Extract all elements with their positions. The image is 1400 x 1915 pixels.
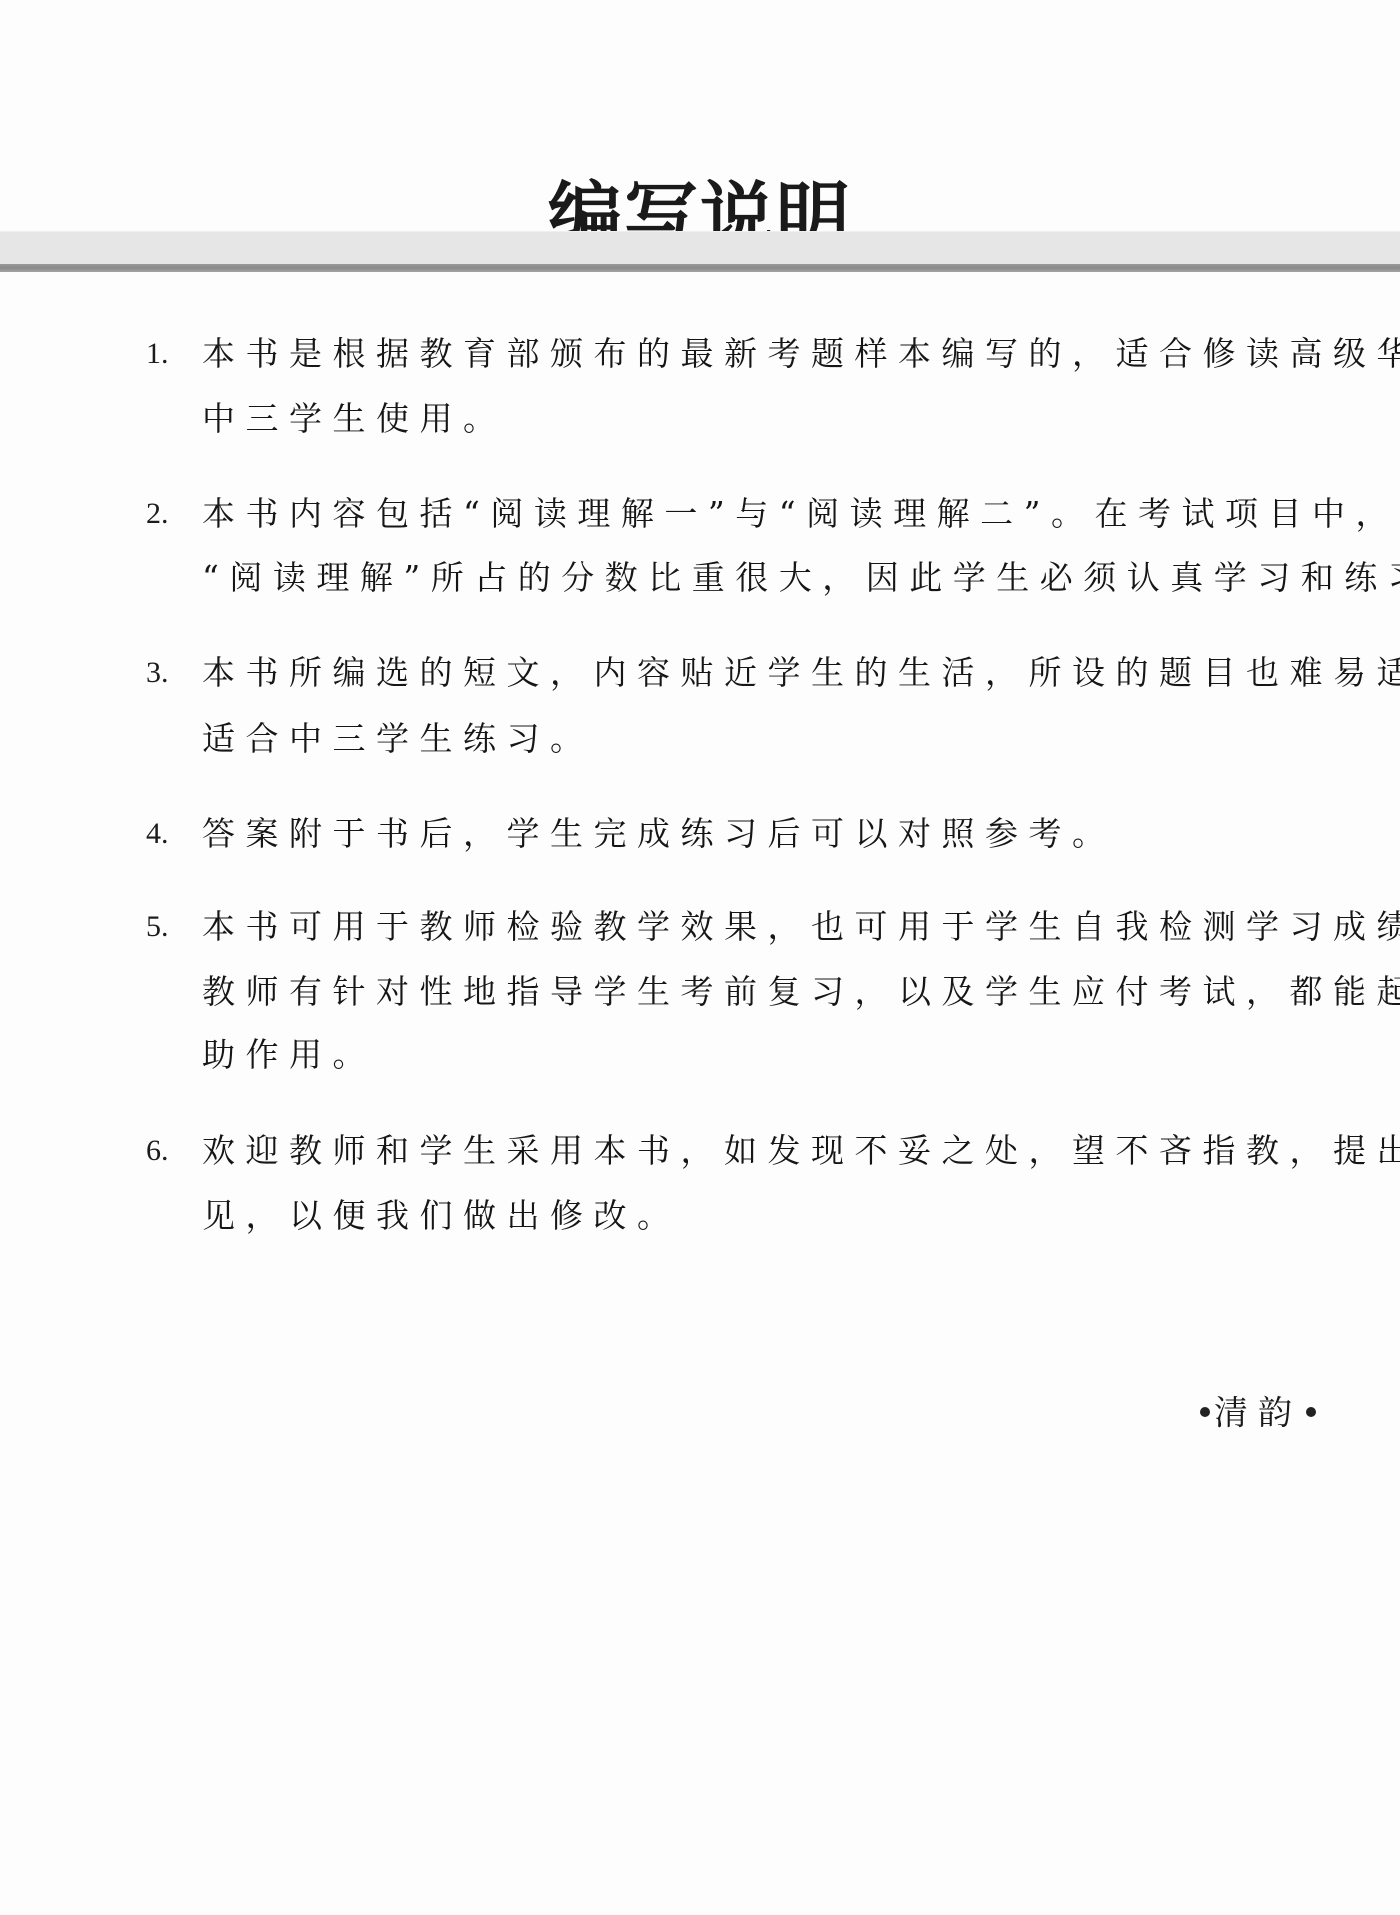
item-number: 6. [146, 1131, 169, 1171]
item-line: 本书所编选的短文，内容贴近学生的生活，所设的题目也难易适中， [202, 653, 1400, 693]
item-line: 助作用。 [202, 1035, 376, 1075]
item-line: 欢迎教师和学生采用本书，如发现不妥之处，望不吝指教，提出意 [202, 1131, 1400, 1171]
item-line: 适合中三学生练习。 [202, 719, 594, 759]
item-number: 4. [146, 814, 169, 854]
item-line: 中三学生使用。 [202, 399, 507, 439]
item-number: 2. [146, 494, 169, 534]
header-band [0, 231, 1400, 265]
item-line: 本书是根据教育部颁布的最新考题样本编写的，适合修读高级华文的 [202, 334, 1400, 374]
bullet-dot-icon [1306, 1407, 1316, 1417]
item-number: 1. [146, 334, 169, 374]
item-line: 答案附于书后，学生完成练习后可以对照参考。 [202, 814, 1116, 854]
item-line: 本书内容包括“阅读理解一”与“阅读理解二”。在考试项目中， [202, 494, 1399, 534]
signature-text: 清韵 [1214, 1394, 1302, 1434]
item-line: “阅读理解”所占的分数比重很大，因此学生必须认真学习和练习。 [202, 558, 1400, 598]
item-line: 见，以便我们做出修改。 [202, 1196, 681, 1236]
item-number: 3. [146, 653, 169, 693]
bullet-dot-icon [1200, 1407, 1210, 1417]
item-line: 教师有针对性地指导学生考前复习，以及学生应付考试，都能起到辅 [202, 972, 1400, 1012]
header-rule [0, 264, 1400, 272]
item-line: 本书可用于教师检验教学效果，也可用于学生自我检测学习成绩。对 [202, 907, 1400, 947]
author-signature: 清韵 [1170, 1392, 1320, 1434]
item-number: 5. [146, 907, 169, 947]
